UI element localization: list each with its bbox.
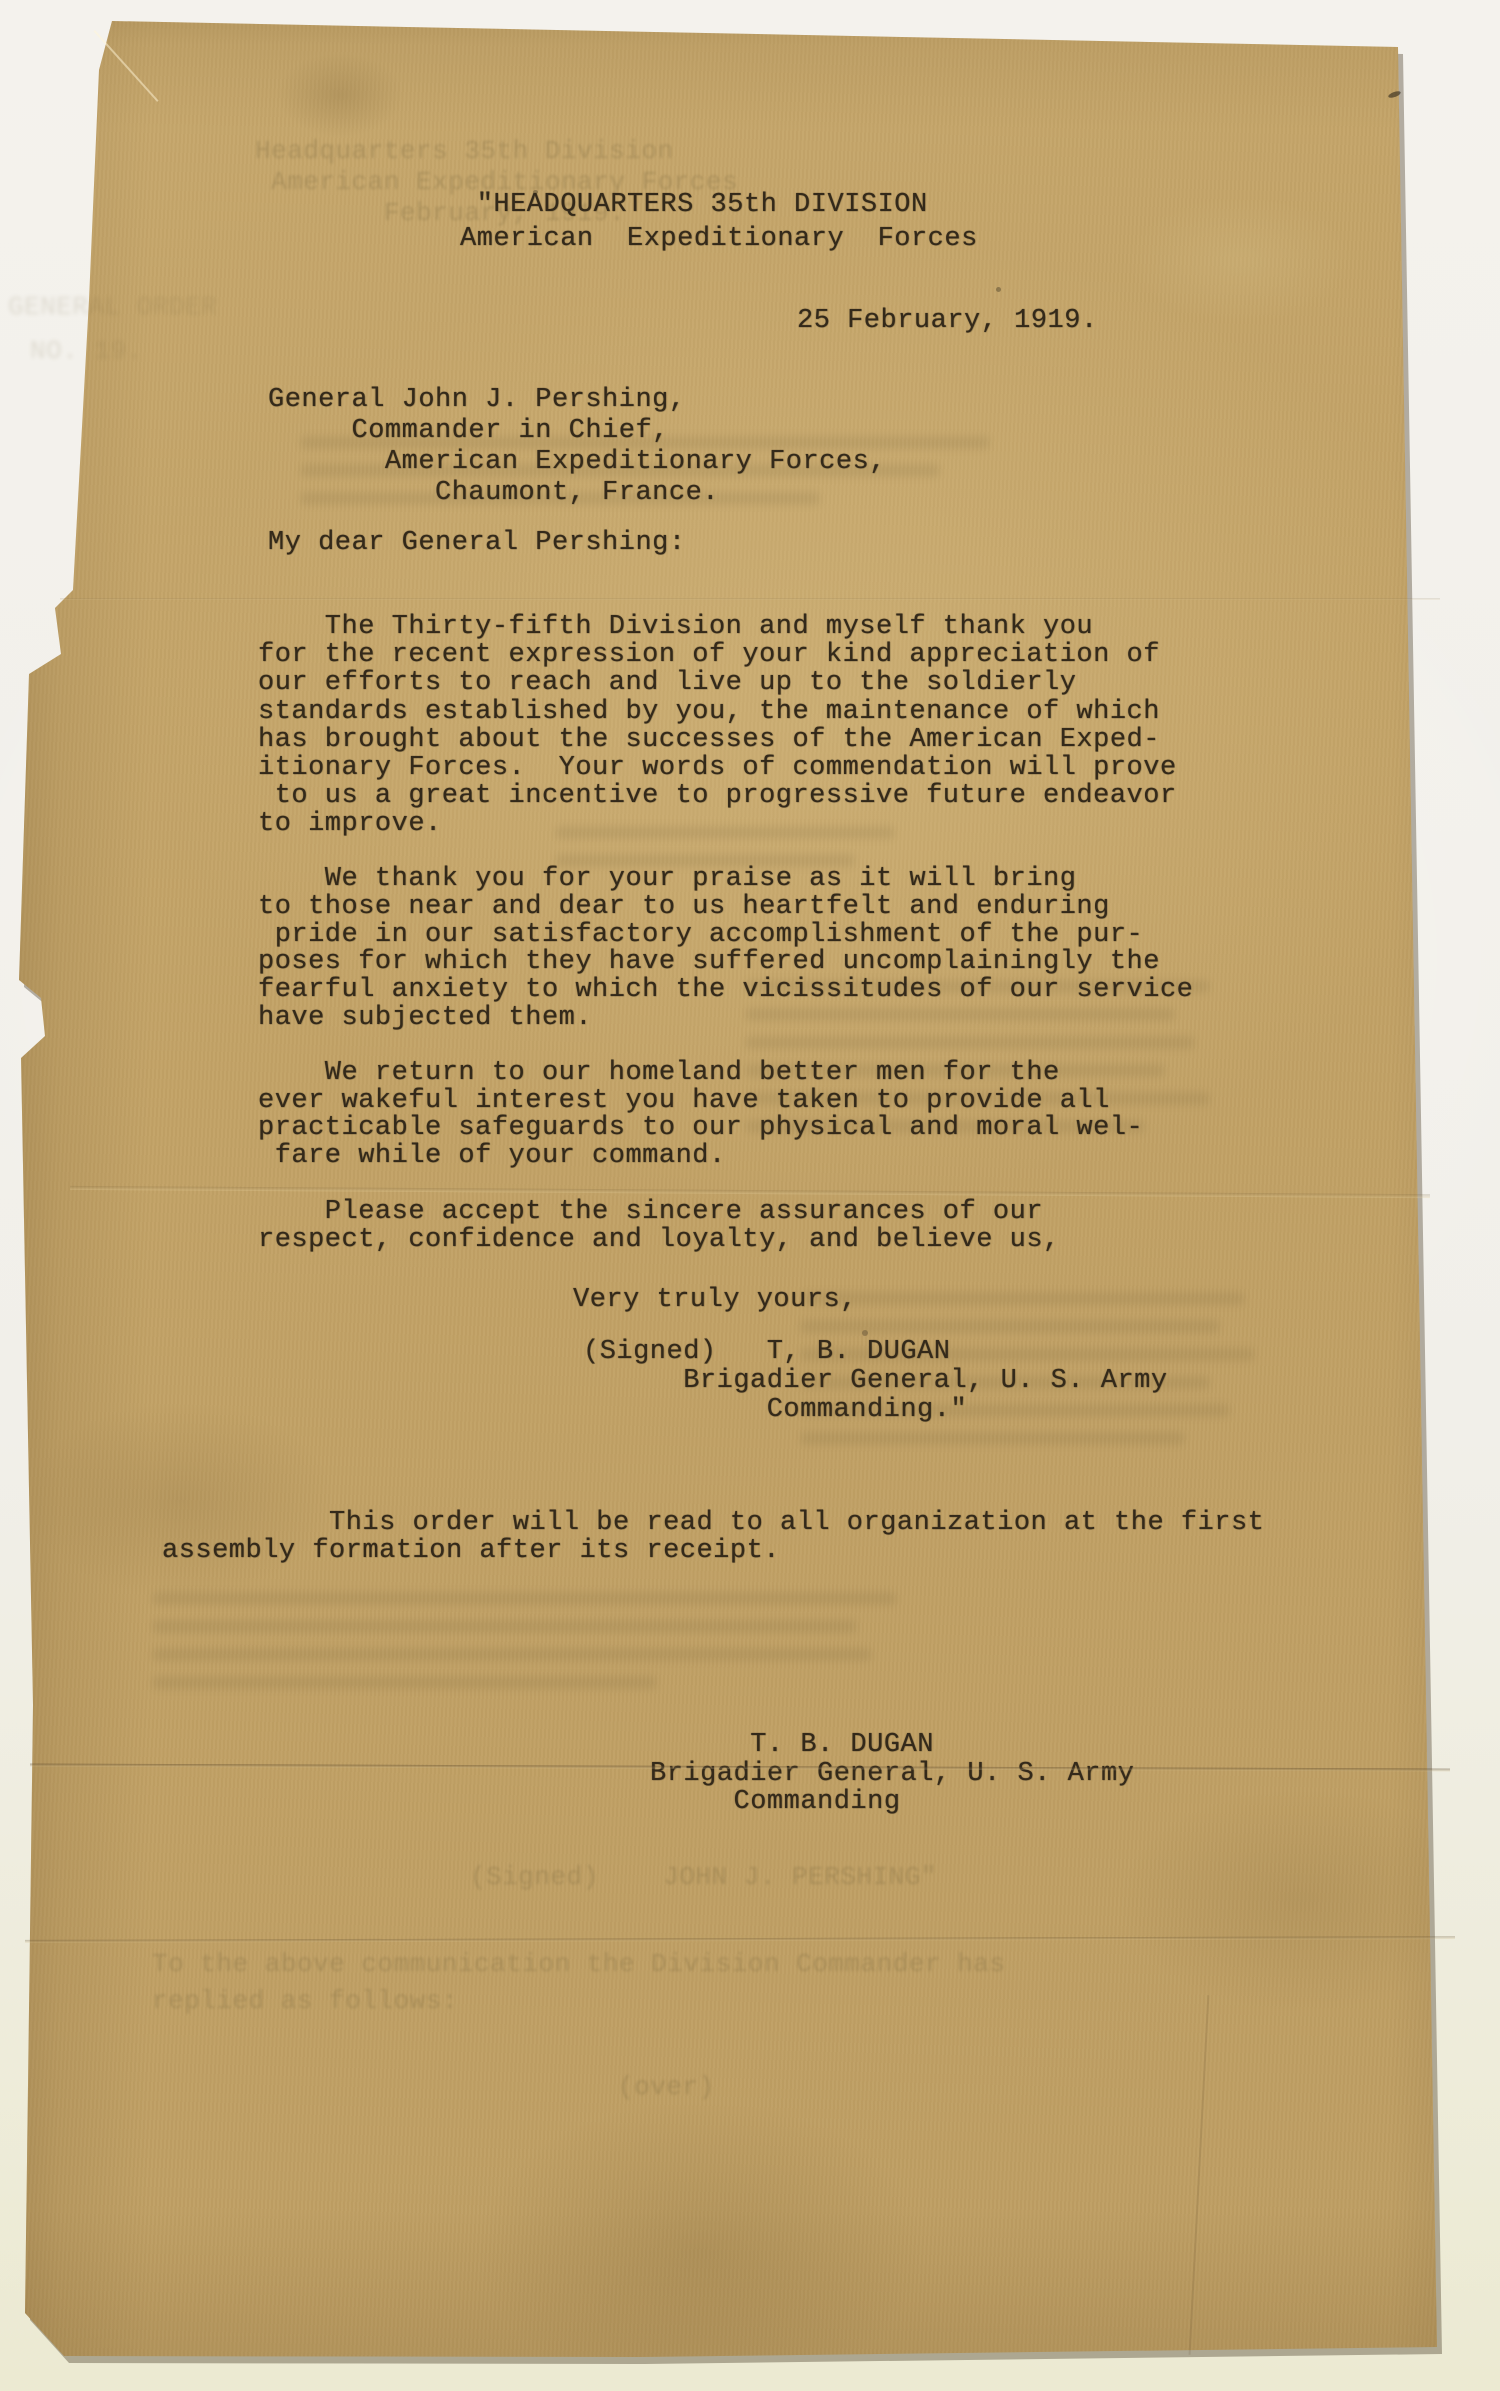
text-line: Chaumont, France. [268,478,886,509]
paper-sheet [0,0,1500,2391]
text-line: Commanding." [583,1396,1168,1425]
text-line: The Thirty-fifth Division and myself tha… [258,613,1177,641]
text-line: T. B. DUGAN [650,1731,1134,1760]
text-line: (Signed) T, B. DUGAN [583,1338,1168,1367]
text-line: (over) [618,2072,715,2102]
text-line: Commanding [650,1788,1134,1817]
ghost-general-order: GENERAL ORDER [8,292,217,322]
ghost-pershing-signature: (Signed) JOHN J. PERSHING" [470,1862,937,1892]
ink-speck [862,1330,868,1336]
letter-paragraph-3: We return to our homeland better men for… [258,1060,1143,1170]
text-line: pride in our satisfactory accomplishment… [258,922,1193,950]
letter-addressee: General John J. Pershing, Commander in C… [268,385,886,509]
ghost-over-note: (over) [618,2072,715,2102]
ghost-smudge-line [800,1292,1245,1305]
text-line: Please accept the sincere assurances of … [258,1199,1060,1227]
text-line: itionary Forces. Your words of commendat… [258,754,1177,782]
scanned-letter-page: Headquarters 35th Division American Expe… [0,0,1500,2391]
text-line: American Expeditionary Forces [460,222,978,256]
text-line: We return to our homeland better men for… [258,1060,1143,1088]
letter-header: "HEADQUARTERS 35th DIVISIONAmerican Expe… [460,188,978,256]
letter-paragraph-2: We thank you for your praise as it will … [258,866,1193,1033]
text-line: To the above communication the Division … [152,1946,1005,1983]
text-line: Headquarters 35th Division [255,136,738,167]
text-line: our efforts to reach and live up to the … [258,669,1177,697]
letter-salutation: My dear General Pershing: [268,529,686,557]
letter-closing: Very truly yours, [573,1286,857,1314]
text-line: have subjected them. [258,1005,1193,1033]
text-line: has brought about the successes of the A… [258,726,1177,754]
text-line: This order will be read to all organizat… [162,1509,1264,1537]
ghost-smudge-line [152,1620,857,1633]
letter-signature-footer: T. B. DUGANBrigadier General, U. S. Army… [650,1731,1134,1817]
text-line: ever wakeful interest you have taken to … [258,1088,1143,1116]
ink-speck [533,190,538,194]
ghost-smudge-line [745,1036,1195,1049]
ghost-smudge-line [152,1676,657,1689]
ghost-smudge-line [800,1432,1185,1445]
text-line: Very truly yours, [573,1286,857,1314]
ink-speck [996,287,1001,292]
ghost-smudge-line [152,1592,897,1605]
letter-paragraph-4: Please accept the sincere assurances of … [258,1199,1060,1254]
text-line: to us a great incentive to progressive f… [258,782,1177,810]
text-line: practicable safeguards to our physical a… [258,1115,1143,1143]
text-line: 25 February, 1919. [797,307,1098,335]
text-line: "HEADQUARTERS 35th DIVISION [460,188,978,222]
text-line: NO. 19. [30,336,143,366]
letter-order-note: This order will be read to all organizat… [162,1509,1264,1565]
text-line: American Expeditionary Forces, [268,447,886,478]
text-line: for the recent expression of your kind a… [258,641,1177,669]
ghost-order-number: NO. 19. [30,336,143,366]
text-line: Brigadier General, U. S. Army [583,1367,1168,1396]
letter-signature-block: (Signed) T, B. DUGAN Brigadier General, … [583,1338,1168,1425]
text-line: Brigadier General, U. S. Army [650,1760,1134,1789]
text-line: My dear General Pershing: [268,529,686,557]
text-line: fare while of your command. [258,1143,1143,1171]
text-line: assembly formation after its receipt. [162,1537,1264,1565]
text-line: We thank you for your praise as it will … [258,866,1193,894]
text-line: fearful anxiety to which the vicissitude… [258,977,1193,1005]
text-line: (Signed) JOHN J. PERSHING" [470,1862,937,1892]
letter-date: 25 February, 1919. [797,307,1098,335]
ghost-reply-note: To the above communication the Division … [152,1946,1005,2020]
text-line: to those near and dear to us heartfelt a… [258,894,1193,922]
text-line: GENERAL ORDER [8,292,217,322]
text-line: poses for which they have suffered uncom… [258,949,1193,977]
letter-paragraph-1: The Thirty-fifth Division and myself tha… [258,613,1177,839]
ghost-smudge-block [152,1592,897,1704]
text-line: standards established by you, the mainte… [258,698,1177,726]
text-line: replied as follows: [152,1983,1005,2020]
text-line: General John J. Pershing, [268,385,886,416]
text-line: Commander in Chief, [268,416,886,447]
text-line: respect, confidence and loyalty, and bel… [258,1227,1060,1255]
text-line: to improve. [258,810,1177,838]
ghost-smudge-line [152,1648,872,1661]
